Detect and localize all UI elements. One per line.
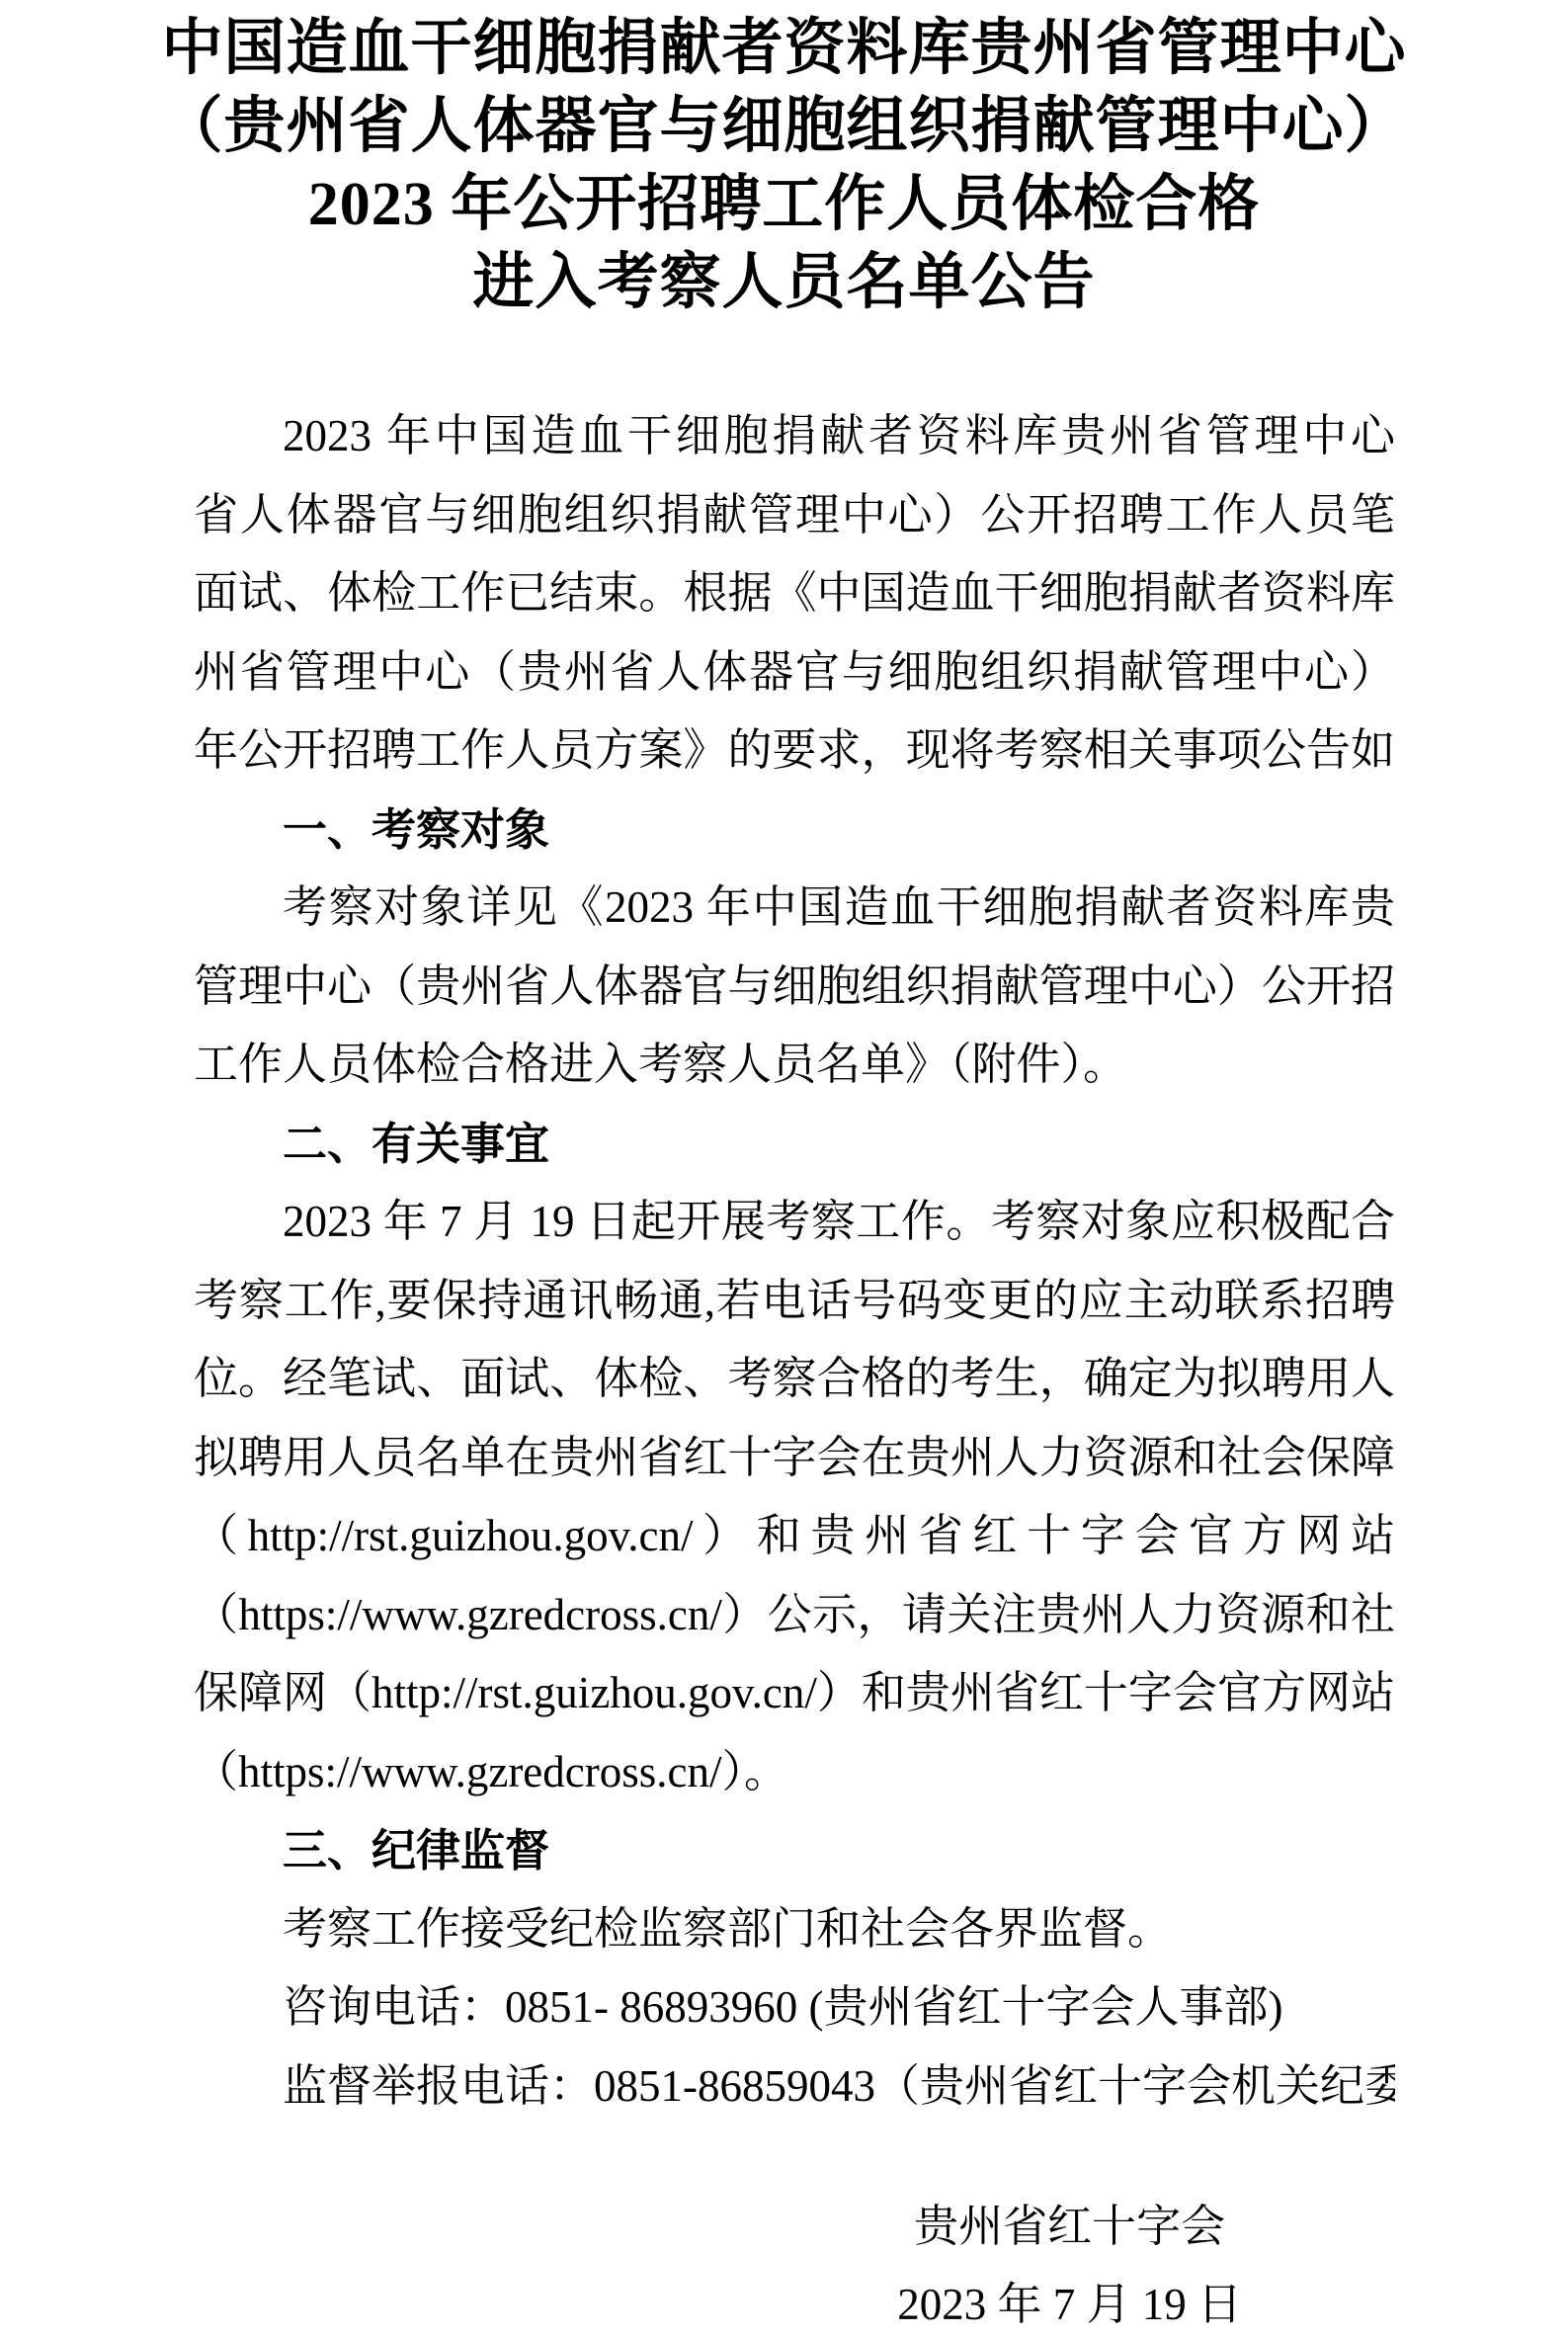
body-line: 2023 年中国造血干细胞捐献者资料库贵州省管理中心（贵州 (194, 397, 1395, 476)
body-line: 考察对象详见《2023 年中国造血干细胞捐献者资料库贵州省 (194, 869, 1395, 948)
document-body: 2023 年中国造血干细胞捐献者资料库贵州省管理中心（贵州 省人体器官与细胞组织… (194, 397, 1395, 2126)
section-heading-inspection-targets: 一、考察对象 (194, 791, 1395, 870)
signature-block: 贵州省红十字会 2023 年 7 月 19 日 (897, 2188, 1242, 2337)
body-line: 面试、体检工作已结束。根据《中国造血干细胞捐献者资料库贵 (194, 554, 1395, 633)
section-heading-discipline-supervision: 三、纪律监督 (194, 1811, 1395, 1890)
title-line-2: （贵州省人体器官与细胞组织捐献管理中心） (0, 88, 1568, 166)
body-line-url: 保障网（http://rst.guizhou.gov.cn/）和贵州省红十字会官… (194, 1654, 1395, 1733)
signature-date: 2023 年 7 月 19 日 (897, 2266, 1242, 2337)
title-line-1: 中国造血干细胞捐献者资料库贵州省管理中心 (0, 10, 1568, 88)
body-line-url: （http://rst.guizhou.gov.cn/）和贵州省红十字会官方网站 (194, 1497, 1395, 1576)
body-line: 考察工作,要保持通讯畅通,若电话号码变更的应主动联系招聘单 (194, 1262, 1395, 1341)
signature-org: 贵州省红十字会 (897, 2188, 1242, 2266)
body-line: 管理中心（贵州省人体器官与细胞组织捐献管理中心）公开招聘 (194, 948, 1395, 1027)
body-line-consult-phone: 咨询电话：0851- 86893960 (贵州省红十字会人事部) (194, 1968, 1395, 2047)
section-heading-related-matters: 二、有关事宜 (194, 1105, 1395, 1184)
announcement-document: 中国造血干细胞捐献者资料库贵州省管理中心 （贵州省人体器官与细胞组织捐献管理中心… (0, 0, 1568, 2337)
body-line: 工作人员体检合格进入考察人员名单》（附件）。 (194, 1026, 1395, 1105)
body-line: 年公开招聘工作人员方案》的要求，现将考察相关事项公告如下： (194, 711, 1395, 791)
body-line: 省人体器官与细胞组织捐献管理中心）公开招聘工作人员笔试、 (194, 476, 1395, 555)
body-line: 2023 年 7 月 19 日起开展考察工作。考察对象应积极配合做好 (194, 1183, 1395, 1262)
title-line-3: 2023 年公开招聘工作人员体检合格 (0, 166, 1568, 244)
title-line-4: 进入考察人员名单公告 (0, 244, 1568, 322)
body-line-url: （https://www.gzredcross.cn/）公示，请关注贵州人力资源… (194, 1576, 1395, 1655)
body-line: 拟聘用人员名单在贵州省红十字会在贵州人力资源和社会保障网 (194, 1419, 1395, 1498)
body-line: 考察工作接受纪检监察部门和社会各界监督。 (194, 1890, 1395, 1969)
body-line: 州省管理中心（贵州省人体器官与细胞组织捐献管理中心）2023 (194, 633, 1395, 712)
body-line: 位。经笔试、面试、体检、考察合格的考生，确定为拟聘用人员， (194, 1340, 1395, 1419)
document-title: 中国造血干细胞捐献者资料库贵州省管理中心 （贵州省人体器官与细胞组织捐献管理中心… (0, 10, 1568, 322)
body-line-url: （https://www.gzredcross.cn/）。 (194, 1733, 1395, 1812)
body-line-report-phone: 监督举报电话：0851-86859043（贵州省红十字会机关纪委） (194, 2047, 1395, 2127)
